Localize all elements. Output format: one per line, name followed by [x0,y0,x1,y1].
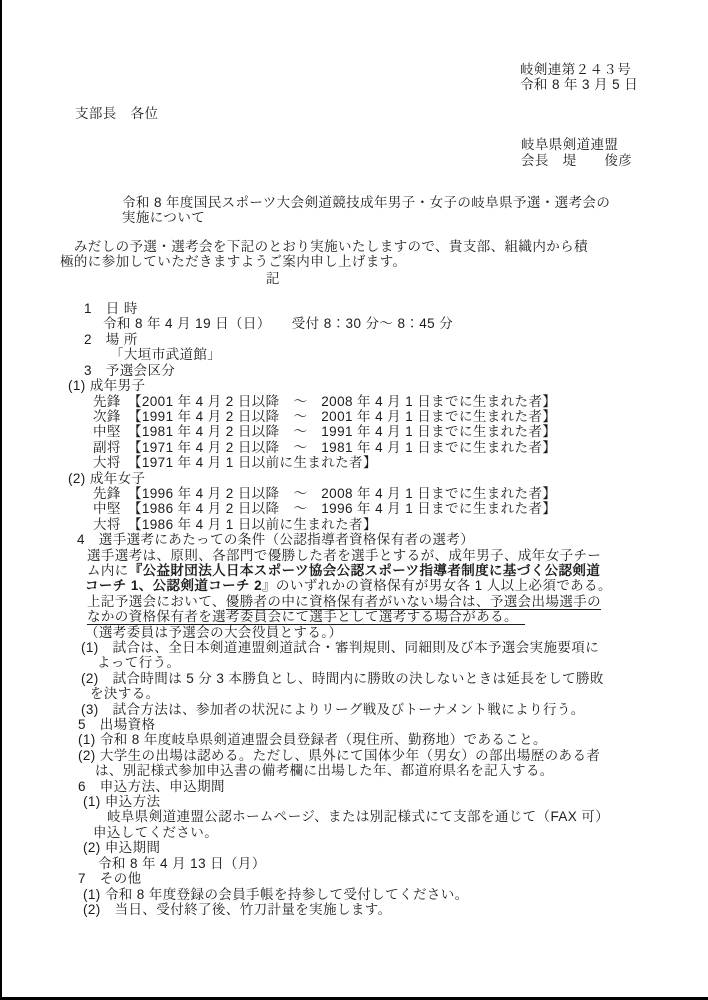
document-line: 先鋒 【2001 年 4 月 2 日以降 ～ 2008 年 4 月 1 日までに… [93,394,708,409]
document-title: 令和 8 年度国民スポーツ大会剣道競技成年男子・女子の岐阜県予選・選考会の 実施… [122,195,708,226]
text-segment: 7 その他 [78,871,142,886]
text-segment: 4 選手選考にあたっての条件（公認指導者資格保有者の選考） [77,532,474,547]
document-line: コーチ 1、公認剣道コーチ 2』のいずれかの資格保有が男女各 1 人以上必須であ… [85,578,708,593]
text-segment: を決する。 [90,686,160,701]
document-line: (1) 成年男子 [68,378,708,393]
text-segment: (1) 成年男子 [68,378,145,393]
underlined-text: なかの資格保有者を選考委員会にて選手として選考する場合がある。 [87,609,525,625]
document-line: (1) 試合は、全日本剣道連盟剣道試合・審判規則、同細則及び本予選会実施要項に [81,640,708,655]
text-segment: 5 出場資格 [78,717,155,732]
document-line: 3 予選会区分 [84,363,708,378]
text-segment: (2) 試合時間は 5 分 3 本勝負とし、時間内に勝敗の決しないときは延長をし… [81,671,604,686]
document-id-block: 岐剣連第２４３号 令和 8 年 3 月 5 日 [520,62,708,93]
text-segment: よって行う。 [97,655,180,670]
text-segment: 申込してください。 [93,825,218,840]
document-line: 次鋒 【1991 年 4 月 2 日以降 ～ 2001 年 4 月 1 日までに… [93,409,708,424]
document-line: (2) 試合時間は 5 分 3 本勝負とし、時間内に勝敗の決しないときは延長をし… [81,671,708,686]
document-line: 選手選考は、原則、各部門で優勝した者を選手とするが、成年男子、成年女子チー [87,548,708,563]
document-line: 7 その他 [78,871,708,886]
text-segment: は、別記様式参加申込書の備考欄に出場した年、都道府県名を記入する。 [95,763,554,778]
document-title-line: 令和 8 年度国民スポーツ大会剣道競技成年男子・女子の岐阜県予選・選考会の [122,195,708,210]
intro-paragraph: みだしの予選・選考会を下記のとおり実施いたしますので、貴支部、組織内から積 極的… [60,239,708,270]
text-segment: (2) 申込期間 [83,840,160,855]
document-line: (2) 大学生の出場は認める。ただし、県外にて国体少年（男女）の部出場歴のある者 [78,748,708,763]
bold-text: コーチ 1、公認剣道コーチ 2 [85,578,262,593]
document-line: 2 場 所 [84,332,708,347]
sender-block: 岐阜県剣道連盟 会長 堤 俊彦 [521,137,708,168]
document-line: よって行う。 [97,655,708,670]
document-line: 大将 【1986 年 4 月 1 日以前に生まれた者】 [93,517,708,532]
text-segment: 2 場 所 [84,332,138,347]
text-segment: (3) 試合方法は、参加者の状況によりリーグ戦及びトーナメント戦により行う。 [81,702,585,717]
text-segment: (2) 成年女子 [68,471,145,486]
document-line: (2) 成年女子 [68,471,708,486]
document-title-line: 実施について [122,210,708,225]
document-line: を決する。 [90,686,708,701]
text-segment: 上記予選会において、 [87,594,226,609]
text-segment: (1) 試合は、全日本剣道連盟剣道試合・審判規則、同細則及び本予選会実施要項に [81,640,599,655]
document-line: (3) 試合方法は、参加者の状況によりリーグ戦及びトーナメント戦により行う。 [81,702,708,717]
document-line: 「大垣市武道館」 [110,347,708,362]
document-content: 岐剣連第２４３号 令和 8 年 3 月 5 日 支部長 各位 岐阜県剣道連盟 会… [0,0,708,917]
document-body: 1 日 時令和 8 年 4 月 19 日（日） 受付 8：30 分～ 8：45 … [0,301,708,917]
underlined-text: 優勝者の中に資格保有者がいない場合は、予選会出場選手の [226,594,601,610]
text-segment: 令和 8 年 4 月 19 日（日） 受付 8：30 分～ 8：45 分 [103,316,453,331]
document-line: (1) 令和 8 年度岐阜県剣道連盟会員登録者（現住所、勤務地）であること。 [78,732,708,747]
document-line: 4 選手選考にあたっての条件（公認指導者資格保有者の選考） [77,532,708,547]
document-number: 岐剣連第２４３号 [520,62,708,77]
document-line: 5 出場資格 [78,717,708,732]
text-segment: 大将 【1971 年 4 月 1 日以前に生まれた者】 [93,455,377,470]
text-segment: 選手選考は、原則、各部門で優勝した者を選手とするが、成年男子、成年女子チー [87,548,601,563]
addressee: 支部長 各位 [75,106,708,121]
text-segment: ム内に [87,563,129,578]
text-segment: 令和 8 年 4 月 13 日（月） [98,856,266,871]
bold-text: 『公益財団法人日本スポーツ協会公認スポーツ指導者制度に基づく公認剣道 [129,563,601,578]
document-line: 令和 8 年 4 月 19 日（日） 受付 8：30 分～ 8：45 分 [103,316,708,331]
document-line: (1) 令和 8 年度登録の会員手帳を持参して受付してください。 [83,887,708,902]
text-segment: (2) 大学生の出場は認める。ただし、県外にて国体少年（男女）の部出場歴のある者 [78,748,600,763]
document-line: 先鋒 【1996 年 4 月 2 日以降 ～ 2008 年 4 月 1 日までに… [93,486,708,501]
text-segment: 中堅 【1981 年 4 月 2 日以降 ～ 1991 年 4 月 1 日までに… [93,424,556,439]
record-mark: 記 [266,271,708,286]
document-line: は、別記様式参加申込書の備考欄に出場した年、都道府県名を記入する。 [95,763,708,778]
document-line: 上記予選会において、優勝者の中に資格保有者がいない場合は、予選会出場選手の [87,594,708,609]
intro-line: みだしの予選・選考会を下記のとおり実施いたしますので、貴支部、組織内から積 [60,239,708,254]
document-line: (2) 当日、受付終了後、竹刀計量を実施します。 [83,902,708,917]
text-segment: 先鋒 【2001 年 4 月 2 日以降 ～ 2008 年 4 月 1 日までに… [93,394,556,409]
document-line: 6 申込方法、申込期間 [78,779,708,794]
text-segment: 1 日 時 [84,301,138,316]
text-segment: （選考委員は予選会の大会役員とする。） [85,625,342,640]
document-line: 大将 【1971 年 4 月 1 日以前に生まれた者】 [93,455,708,470]
document-line: (2) 申込期間 [83,840,708,855]
text-segment: (1) 令和 8 年度岐阜県剣道連盟会員登録者（現住所、勤務地）であること。 [78,732,547,747]
text-segment: 次鋒 【1991 年 4 月 2 日以降 ～ 2001 年 4 月 1 日までに… [93,409,556,424]
text-segment: 岐阜県剣道連盟公認ホームページ、または別記様式にて支部を通じて（FAX 可） [107,809,609,824]
text-segment: 6 申込方法、申込期間 [78,779,225,794]
text-segment: 先鋒 【1996 年 4 月 2 日以降 ～ 2008 年 4 月 1 日までに… [93,486,556,501]
document-line: ム内に『公益財団法人日本スポーツ協会公認スポーツ指導者制度に基づく公認剣道 [87,563,708,578]
intro-line: 極的に参加していただきますようご案内申し上げます。 [60,254,708,269]
document-line: （選考委員は予選会の大会役員とする。） [85,625,708,640]
document-line: 岐阜県剣道連盟公認ホームページ、または別記様式にて支部を通じて（FAX 可） [107,809,708,824]
document-line: なかの資格保有者を選考委員会にて選手として選考する場合がある。 [87,609,708,624]
sender-organization: 岐阜県剣道連盟 [521,137,708,152]
text-segment: 副将 【1971 年 4 月 2 日以降 ～ 1981 年 4 月 1 日までに… [93,440,556,455]
document-line: 1 日 時 [84,301,708,316]
document-line: 中堅 【1981 年 4 月 2 日以降 ～ 1991 年 4 月 1 日までに… [93,424,708,439]
document-line: 副将 【1971 年 4 月 2 日以降 ～ 1981 年 4 月 1 日までに… [93,440,708,455]
text-segment: 3 予選会区分 [84,363,175,378]
document-line: (1) 申込方法 [83,794,708,809]
document-date: 令和 8 年 3 月 5 日 [520,77,708,92]
document-line: 令和 8 年 4 月 13 日（月） [98,856,708,871]
document-line: 申込してください。 [93,825,708,840]
text-segment: 』のいずれかの資格保有が男女各 1 人以上必須である。 [262,578,612,593]
sender-name: 会長 堤 俊彦 [521,153,708,168]
text-segment: (1) 令和 8 年度登録の会員手帳を持参して受付してください。 [83,887,469,902]
text-segment: (1) 申込方法 [83,794,160,809]
text-segment: 大将 【1986 年 4 月 1 日以前に生まれた者】 [93,517,377,532]
text-segment: 中堅 【1986 年 4 月 2 日以降 ～ 1996 年 4 月 1 日までに… [93,501,556,516]
text-segment: 「大垣市武道館」 [110,347,221,362]
text-segment: (2) 当日、受付終了後、竹刀計量を実施します。 [83,902,392,917]
document-line: 中堅 【1986 年 4 月 2 日以降 ～ 1996 年 4 月 1 日までに… [93,501,708,516]
document-page: 岐剣連第２４３号 令和 8 年 3 月 5 日 支部長 各位 岐阜県剣道連盟 会… [0,0,708,1000]
